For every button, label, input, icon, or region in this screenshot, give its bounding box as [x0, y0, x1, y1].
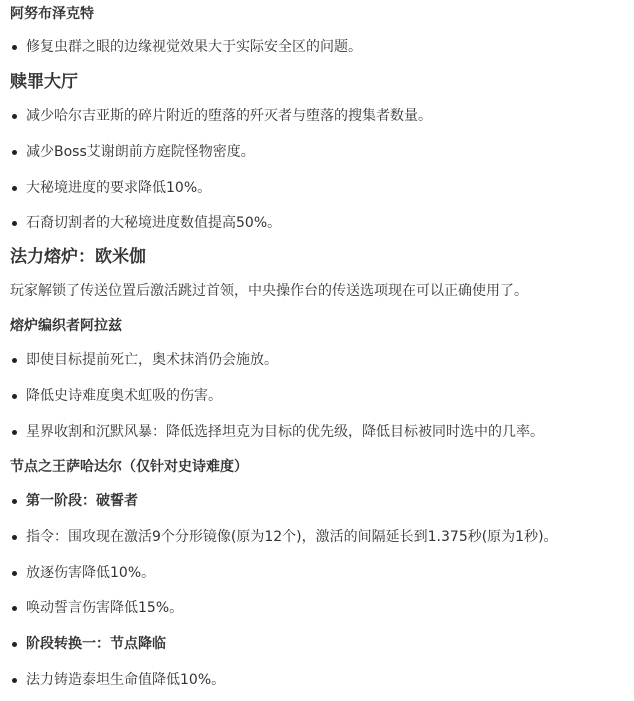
- section-heading-halls-of-atonement: 赎罪大厅: [10, 71, 78, 93]
- section-paragraph: 玩家解锁了传送位置后激活跳过首领，中央操作台的传送选项现在可以正确使用了。: [10, 281, 528, 301]
- list-item: 指令：围攻现在激活9个分形镜像(原为12个)，激活的间隔延长到1.375秒(原为…: [10, 527, 558, 547]
- list-item: 大秘境进度的要求降低10%。: [10, 178, 211, 198]
- subsection-heading-forgeweaver-araz: 熔炉编织者阿拉兹: [10, 316, 122, 336]
- list-item: 减少Boss艾谢朗前方庭院怪物密度。: [10, 142, 255, 162]
- list-item: 即使目标提前死亡，奥术抹消仍会施放。: [10, 350, 278, 370]
- list-item: 减少哈尔吉亚斯的碎片附近的堕落的歼灭者与堕落的搜集者数量。: [10, 106, 432, 126]
- list-item: 石裔切割者的大秘境进度数值提高50%。: [10, 213, 281, 233]
- list-item: 唤动誓言伤害降低15%。: [10, 598, 183, 618]
- list-item: 修复虫群之眼的边缘视觉效果大于实际安全区的问题。: [10, 37, 362, 57]
- section-heading-manaforge-omega: 法力熔炉：欧米伽: [10, 246, 146, 268]
- list-item: 放逐伤害降低10%。: [10, 563, 155, 583]
- list-item-phase-heading: 阶段转换一：节点降临: [10, 634, 166, 654]
- list-item: 降低史诗难度奥术虹吸的伤害。: [10, 386, 222, 406]
- list-item-phase-heading: 第一阶段：破誓者: [10, 491, 138, 511]
- list-item: 星界收割和沉默风暴：降低选择坦克为目标的优先级，降低目标被同时选中的几率。: [10, 422, 544, 442]
- section-heading-anubzekt: 阿努布泽克特: [10, 4, 94, 24]
- subsection-heading-nexus-king-salhadaar: 节点之王萨哈达尔（仅针对史诗难度）: [10, 457, 248, 477]
- list-item: 法力铸造泰坦生命值降低10%。: [10, 670, 225, 690]
